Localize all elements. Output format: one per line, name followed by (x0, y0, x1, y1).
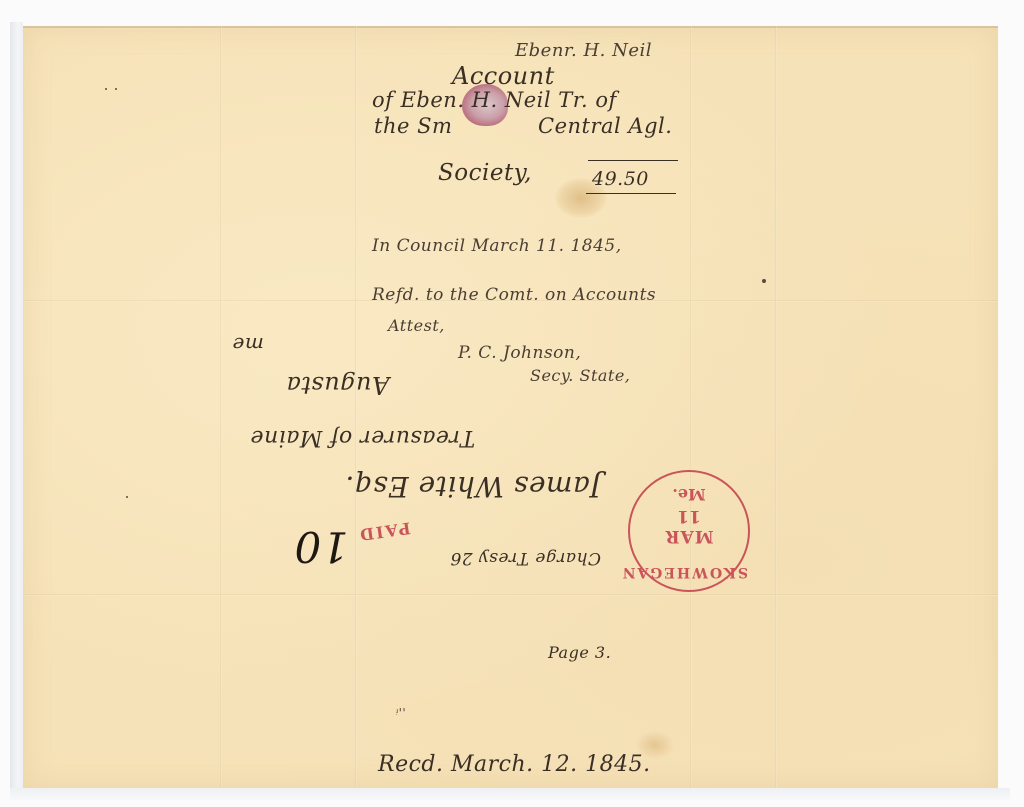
paper-top-edge (23, 26, 998, 28)
fold-line-vertical (355, 26, 357, 788)
scan-edge-bottom (10, 788, 1010, 800)
council-signature-title: Secy. State, (530, 366, 630, 385)
ink-speck (762, 279, 766, 283)
address-charge-note: Charge Tresy 26 (450, 548, 601, 568)
fold-line-vertical (775, 26, 777, 788)
address-recipient: James White Esq. (345, 470, 601, 503)
page-label: Page 3. (548, 643, 611, 662)
fold-line-horizontal (23, 594, 998, 596)
postmark-town: SKOWHEGAN (630, 564, 748, 580)
document-scan: Ebenr. H. Neil Account of Eben. H. Neil … (0, 0, 1024, 807)
fold-line-vertical (690, 26, 692, 788)
postmark-state: Me. (630, 485, 748, 504)
postmark-month: MAR (630, 526, 748, 546)
amount-rule-top (588, 160, 678, 161)
address-place: Augusta (286, 371, 389, 399)
docket-name-header: Ebenr. H. Neil (515, 40, 652, 61)
ink-speck (105, 88, 107, 90)
manuscript-paper (23, 26, 998, 788)
docket-amount: 49.50 (592, 168, 649, 190)
address-title: Treasurer of Maine (250, 425, 475, 450)
council-note-line-2: Refd. to the Comt. on Accounts (372, 285, 656, 305)
postmark-day: 11 (630, 506, 748, 526)
amount-rule-bottom (586, 193, 676, 194)
docket-title: Account (452, 62, 555, 90)
address-extra: me (232, 333, 264, 357)
postage-rate: 10 (294, 522, 348, 571)
postmark-circle: SKOWHEGAN MAR 11 Me. (628, 470, 750, 592)
ink-marks: ᵎ'' (396, 706, 406, 720)
docket-line-2-right: Central Agl. (538, 114, 672, 138)
ink-speck (115, 88, 117, 90)
council-signature: P. C. Johnson, (458, 343, 581, 363)
council-note-line-3: Attest, (388, 316, 445, 335)
received-date: Recd. March. 12. 1845. (378, 752, 651, 777)
council-note-line-1: In Council March 11. 1845, (372, 236, 622, 256)
fold-line-vertical (220, 26, 222, 788)
ink-speck (126, 496, 128, 498)
scan-edge-left (10, 22, 23, 792)
docket-line-1: of Eben. H. Neil Tr. of (372, 88, 617, 112)
docket-line-2-left: the Sm (374, 114, 452, 138)
docket-line-3: Society, (438, 160, 532, 186)
